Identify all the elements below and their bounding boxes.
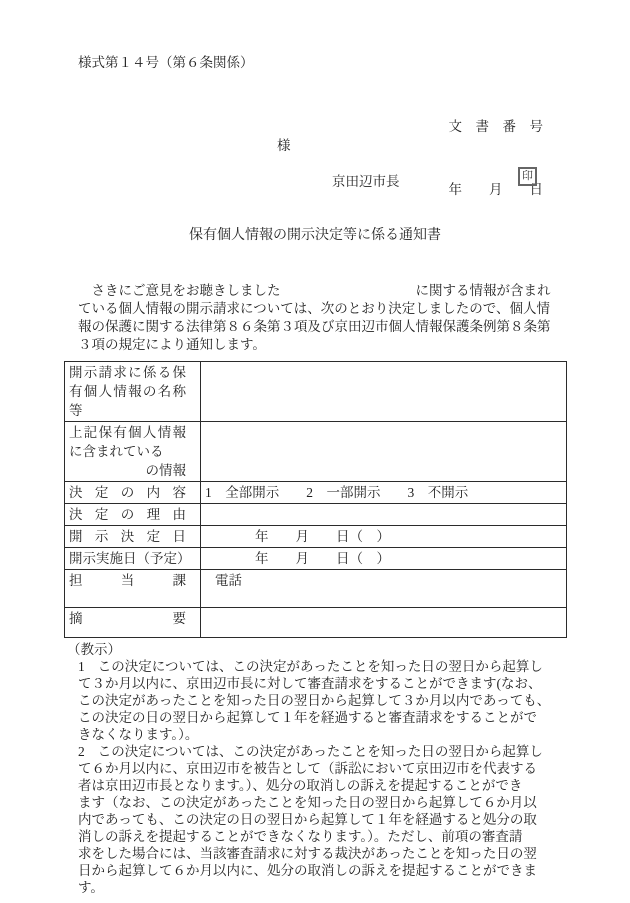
row-label-contained-info: 上記保有個人情報に含まれている の情報 xyxy=(65,422,201,482)
table-row-remarks: 摘要 xyxy=(65,608,567,638)
row-value-name xyxy=(201,362,567,422)
table-row-department: 担当課 電話 xyxy=(65,570,567,608)
row-value-decision-content: 1 全部開示 2 一部開示 3 不開示 xyxy=(201,482,567,504)
table-row-implementation-date: 開示実施日（予定） 年 月 日（ ） xyxy=(65,548,567,570)
table-row-decision-date: 開示決定日 年 月 日（ ） xyxy=(65,526,567,548)
row-label-decision-reason: 決定の理由 xyxy=(65,504,201,526)
seal-mark: 印 xyxy=(518,167,537,186)
phone-label: 電話 xyxy=(205,571,562,593)
table-row-name: 開示請求に係る保有個人情報の名称等 xyxy=(65,362,567,422)
row-label-name: 開示請求に係る保有個人情報の名称等 xyxy=(65,362,201,422)
row-value-decision-reason xyxy=(201,504,567,526)
row-label-decision-date: 開示決定日 xyxy=(65,526,201,548)
document-page: 様式第１４号（第６条関係） 文 書 番 号 年 月 日 様 京田辺市長 印 保有… xyxy=(0,0,630,903)
note-item-2: 2この決定については、この決定があったことを知った日の翌日から起算し て６か月以… xyxy=(78,743,574,896)
decision-table: 開示請求に係る保有個人情報の名称等 上記保有個人情報に含まれている の情報 決定… xyxy=(64,361,567,638)
row-label-implementation-date: 開示実施日（予定） xyxy=(65,548,201,570)
notes-heading: （教示） xyxy=(67,641,574,658)
doc-number-line: 文 書 番 号 xyxy=(449,116,544,137)
note-text-2: この決定については、この決定があったことを知った日の翌日から起算し て６か月以内… xyxy=(78,744,543,895)
note-text-1: この決定については、この決定があったことを知った日の翌日から起算し て３か月以内… xyxy=(78,659,550,742)
sender-title: 京田辺市長 xyxy=(332,170,400,190)
row-label-decision-content: 決定の内容 xyxy=(65,482,201,504)
table-row-contained-info: 上記保有個人情報に含まれている の情報 xyxy=(65,422,567,482)
note-number-2: 2 xyxy=(78,744,85,759)
row-value-decision-date: 年 月 日（ ） xyxy=(201,526,567,548)
note-number-1: 1 xyxy=(78,659,85,674)
row-label-contained-info-suffix: の情報 xyxy=(69,461,186,480)
addressee-suffix: 様 xyxy=(277,134,291,154)
document-number-block: 文 書 番 号 年 月 日 xyxy=(449,74,544,242)
document-title: 保有個人情報の開示決定等に係る通知書 xyxy=(0,224,630,244)
notes-section: （教示） 1この決定については、この決定があったことを知った日の翌日から起算し … xyxy=(78,641,574,896)
document-body: さきにご意見をお聴きしました に関する情報が含まれ ている個人情報の開示請求につ… xyxy=(64,282,566,896)
row-label-contained-info-main: 上記保有個人情報に含まれている xyxy=(69,423,186,461)
row-label-department: 担当課 xyxy=(65,570,201,608)
table-row-decision-content: 決定の内容 1 全部開示 2 一部開示 3 不開示 xyxy=(65,482,567,504)
row-value-implementation-date: 年 月 日（ ） xyxy=(201,548,567,570)
note-item-1: 1この決定については、この決定があったことを知った日の翌日から起算し て３か月以… xyxy=(78,658,574,743)
row-value-remarks xyxy=(201,608,567,638)
table-row-decision-reason: 決定の理由 xyxy=(65,504,567,526)
row-label-remarks: 摘要 xyxy=(65,608,201,638)
form-number: 様式第１４号（第６条関係） xyxy=(78,51,254,71)
row-value-department: 電話 xyxy=(201,570,567,608)
row-value-contained-info xyxy=(201,422,567,482)
intro-paragraph: さきにご意見をお聴きしました に関する情報が含まれ ている個人情報の開示請求につ… xyxy=(78,282,572,354)
